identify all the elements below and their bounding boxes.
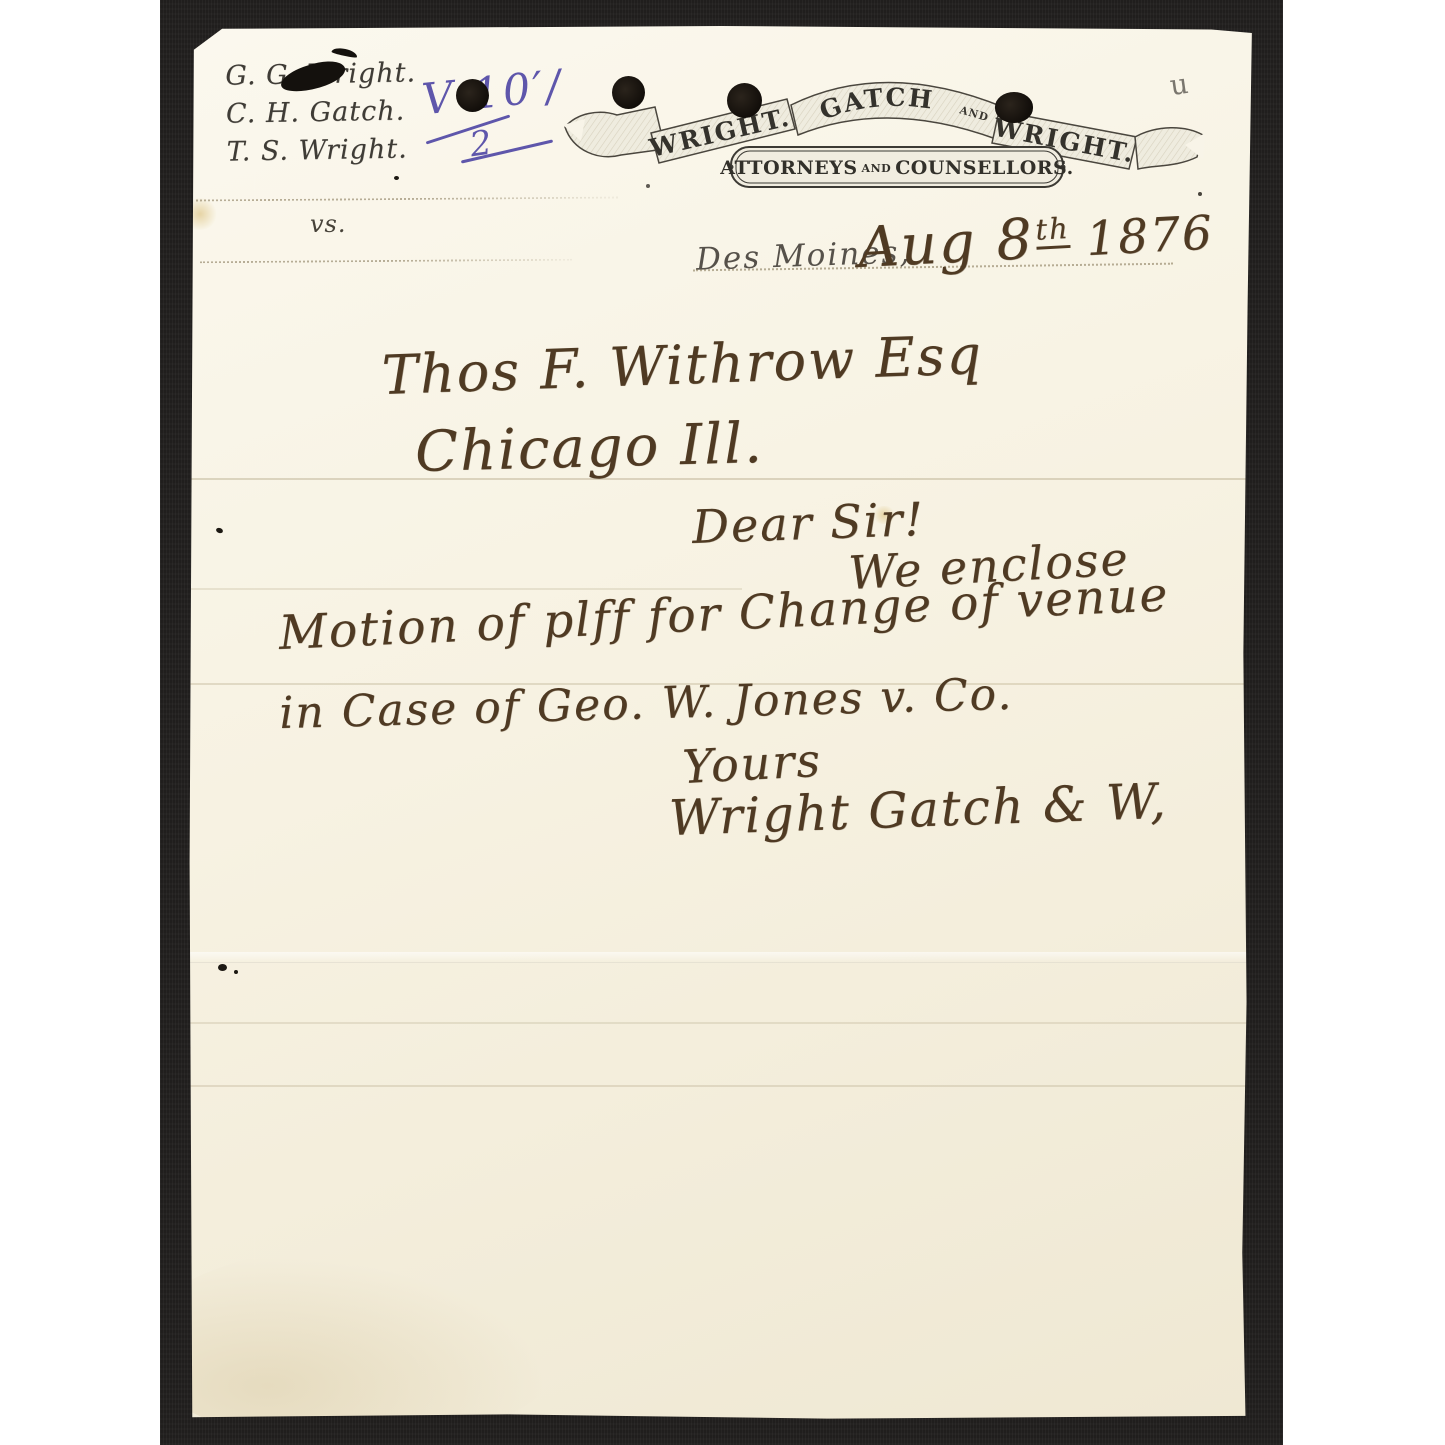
caption-rule [196,197,618,202]
pencil-annotation-top: V 10′/ [420,61,566,126]
body-line: Motion of plff for Change of venue [278,567,1171,661]
plaque-text: ATTORNEYSANDCOUNSELLORS. [719,157,1073,179]
ink-speck [646,184,650,188]
ink-speck [1198,192,1202,196]
body-line: in Case of Geo. W. Jones v. Co. [279,669,1014,739]
plaque: ATTORNEYSANDCOUNSELLORS. [719,147,1073,187]
attorney-name: C. H. Gatch. [226,92,417,133]
recipient-line: Thos F. Withrow Esq [381,323,984,407]
letterhead-banner: WRIGHT. GATCH AND WRIGHT. ATTORNEYSANDCO… [555,55,1210,195]
fold-crease [188,1085,1254,1087]
attorney-name: T. S. Wright. [226,130,417,171]
date-day: Aug 8 [857,207,1036,281]
vs-label: vs. [310,210,347,238]
ink-speck [394,176,399,180]
caption-rule [200,259,572,264]
pencil-annotation-denominator: 2 [467,123,494,166]
punch-hole [456,79,489,112]
handwritten-date: Aug 8th1876 [857,197,1216,281]
fold-crease [188,952,1254,963]
punch-hole [612,76,645,109]
punch-hole [727,83,762,118]
letter-document: G. G. Wright. C. H. Gatch. T. S. Wright. [188,26,1254,1420]
photo-background: G. G. Wright. C. H. Gatch. T. S. Wright. [0,0,1445,1445]
ink-speck [215,527,223,534]
punch-hole [995,92,1033,123]
ink-speck [234,970,238,974]
fold-crease [188,1022,1254,1024]
fold-crease [188,478,1254,480]
date-year: 1876 [1085,205,1215,267]
date-ordinal: th [1034,211,1070,250]
address-line: Chicago Ill. [414,411,764,485]
ink-speck [218,964,227,971]
